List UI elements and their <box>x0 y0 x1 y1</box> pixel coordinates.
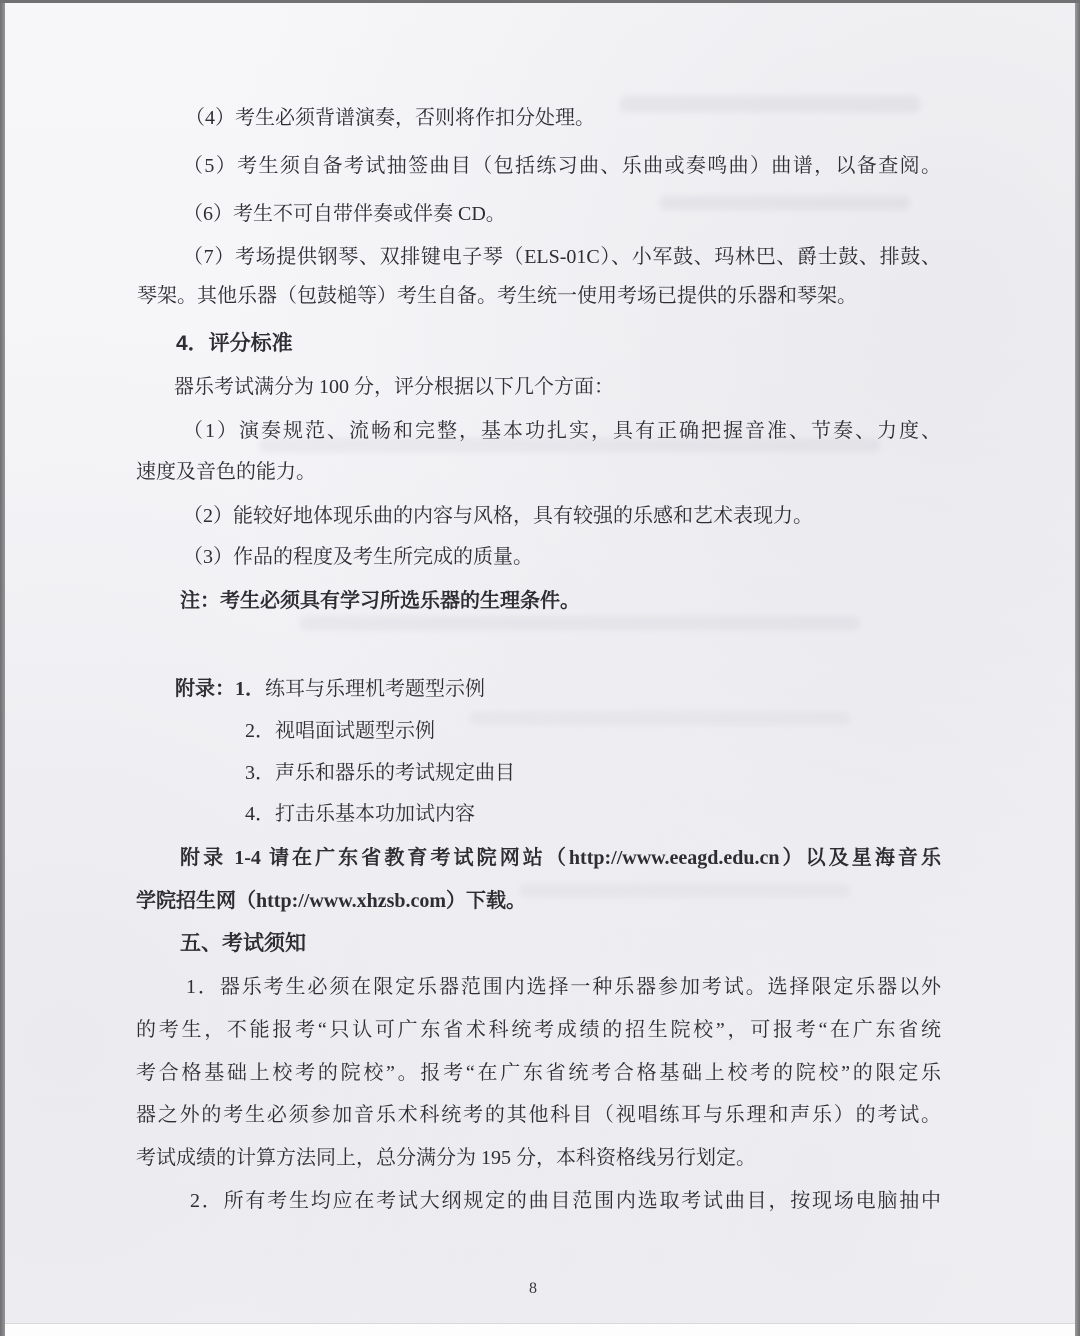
line-prefix: 附录：1． <box>175 678 265 700</box>
ink-bleed-smudge <box>620 96 920 112</box>
ink-bleed-smudge <box>660 196 910 210</box>
text-line: 附录：1．练耳与乐理机考题型示例 <box>175 674 485 704</box>
text-line: 器乐考试满分为 100 分，评分根据以下几个方面： <box>174 372 614 402</box>
ink-bleed-smudge <box>520 884 850 897</box>
text-line: 附录 1-4 请在广东省教育考试院网站（http://www.eeagd.edu… <box>180 843 941 873</box>
text-line: 3．声乐和器乐的考试规定曲目 <box>245 758 515 788</box>
text-line: 1．器乐考生必须在限定乐器范围内选择一种乐器参加考试。选择限定乐器以外 <box>186 972 941 1002</box>
text-line: （7）考场提供钢琴、双排键电子琴（ELS-01C）、小军鼓、玛林巴、爵士鼓、排鼓… <box>183 242 941 272</box>
text-line: 五、考试须知 <box>180 929 306 959</box>
scan-edge-bottom <box>5 1323 1075 1336</box>
text-line: （3）作品的程度及考生所完成的质量。 <box>183 542 533 572</box>
text-line: 4．评分标准 <box>176 329 293 359</box>
text-line: 的考生，不能报考“只认可广东省术科统考成绩的招生院校”，可报考“在广东省统 <box>136 1015 941 1045</box>
text-line: （5）考生须自备考试抽签曲目（包括练习曲、乐曲或奏鸣曲）曲谱，以备查阅。 <box>183 151 941 181</box>
scanned-page: （4）考生必须背谱演奏，否则将作扣分处理。（5）考生须自备考试抽签曲目（包括练习… <box>0 0 1080 1336</box>
text-line: 学院招生网（http://www.xhzsb.com）下载。 <box>136 886 526 916</box>
ink-bleed-smudge <box>300 616 860 630</box>
text-line: 考试成绩的计算方法同上，总分满分为 195 分，本科资格线另行划定。 <box>136 1143 756 1173</box>
text-line: 速度及音色的能力。 <box>136 457 316 487</box>
scan-edge-top <box>0 0 1080 3</box>
page-number: 8 <box>500 1280 566 1298</box>
text-line: （1）演奏规范、流畅和完整，基本功扎实，具有正确把握音准、节奏、力度、 <box>183 416 941 446</box>
text-line: 琴架。其他乐器（包鼓槌等）考生自备。考生统一使用考场已提供的乐器和琴架。 <box>137 281 857 311</box>
text-line: （2）能较好地体现乐曲的内容与风格，具有较强的乐感和艺术表现力。 <box>183 501 813 531</box>
text-line: 2．视唱面试题型示例 <box>245 716 435 746</box>
text-line: 2．所有考生均应在考试大纲规定的曲目范围内选取考试曲目，按现场电脑抽中 <box>190 1186 941 1216</box>
scan-edge-right <box>1075 0 1080 1336</box>
text-line: 4．打击乐基本功加试内容 <box>245 799 475 829</box>
ink-bleed-smudge <box>470 712 850 725</box>
text-line: 注：考生必须具有学习所选乐器的生理条件。 <box>180 586 580 616</box>
text-line: 器之外的考生必须参加音乐术科统考的其他科目（视唱练耳与乐理和声乐）的考试。 <box>136 1100 941 1130</box>
scan-edge-left <box>0 0 5 1336</box>
text-line: 考合格基础上校考的院校”。报考“在广东省统考合格基础上校考的院校”的限定乐 <box>136 1058 941 1088</box>
text-line: （6）考生不可自带伴奏或伴奏 CD。 <box>183 199 506 229</box>
text-line: （4）考生必须背谱演奏，否则将作扣分处理。 <box>185 103 595 133</box>
